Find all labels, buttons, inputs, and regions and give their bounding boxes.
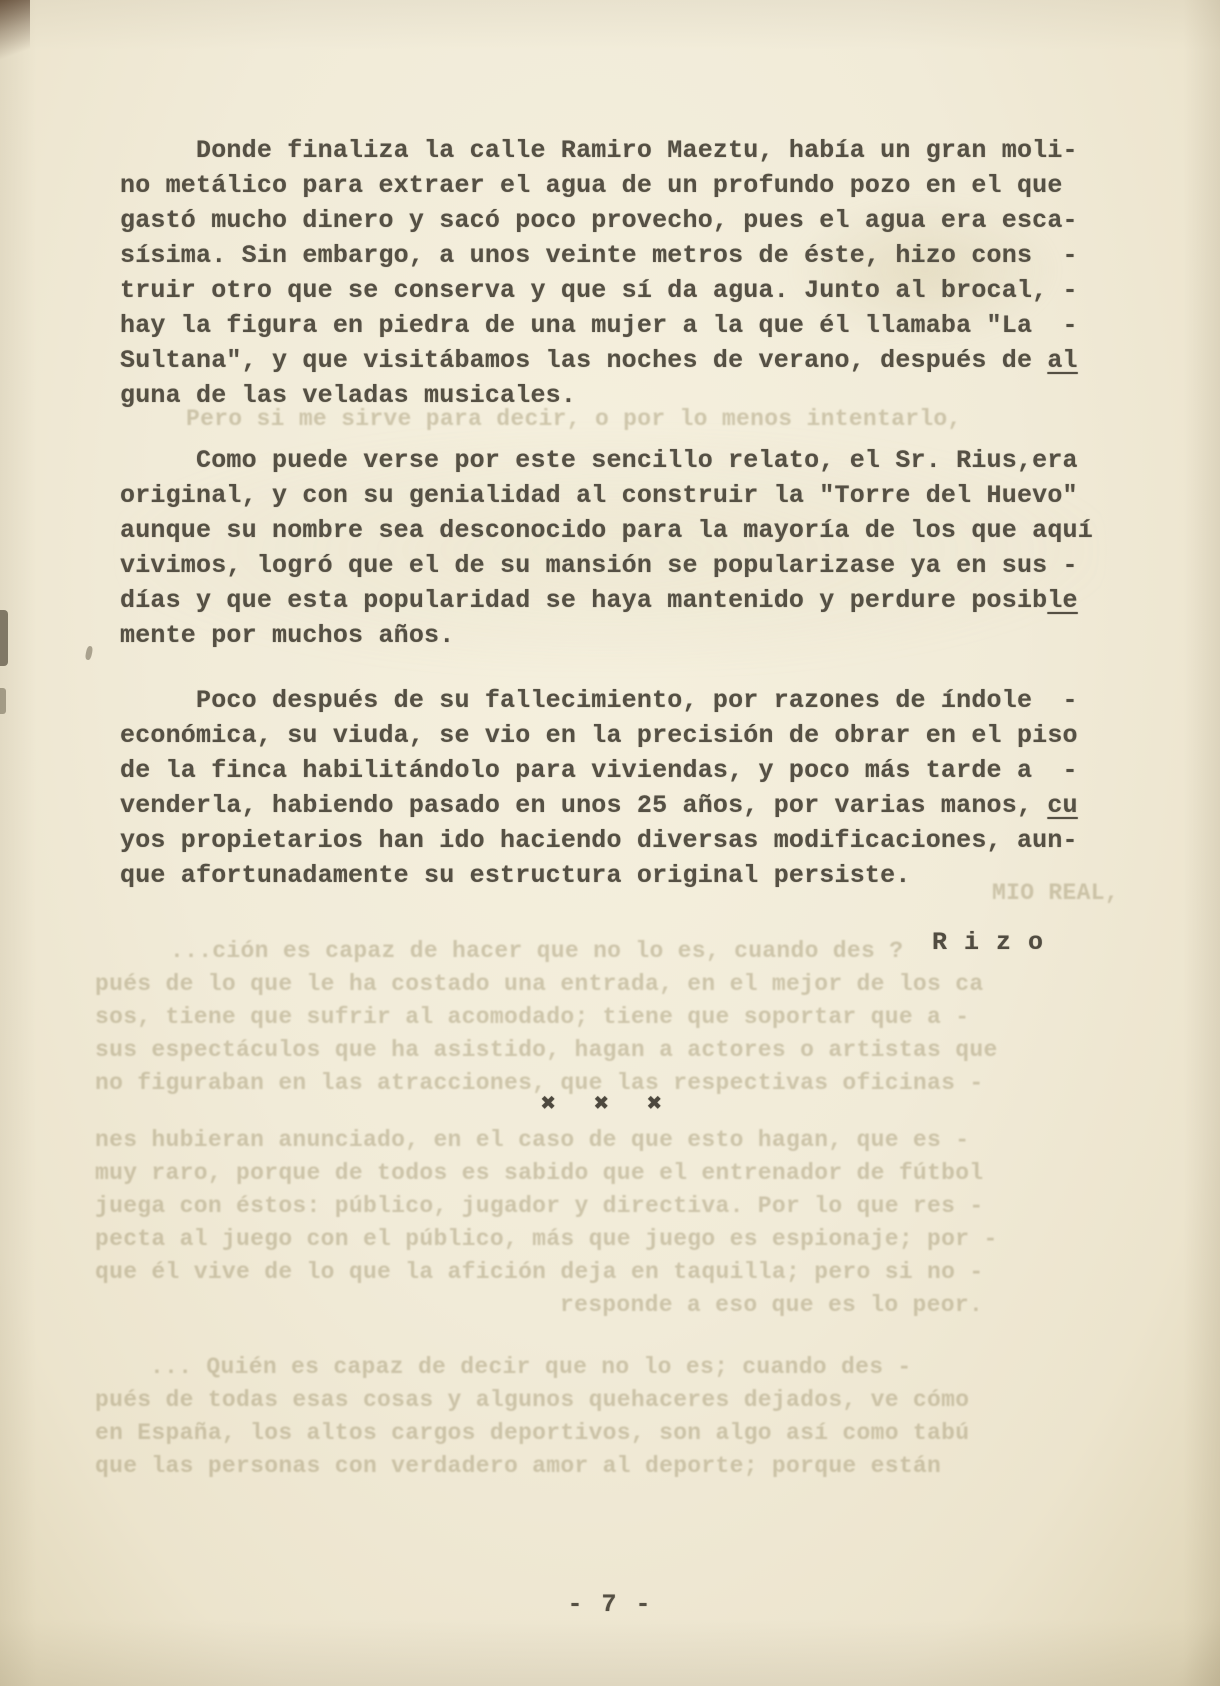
scan-edge-artifact xyxy=(0,688,6,714)
paragraph-2: Como puede verse por este sencillo relat… xyxy=(120,443,1093,653)
bleedthrough-text-line: pués de todas esas cosas y algunos queha… xyxy=(95,1385,969,1415)
line-text: económica, su viuda, se vio en la precis… xyxy=(120,721,1078,750)
underlined-syllable: le xyxy=(1047,586,1077,615)
line-text: venderla, habiendo pasado en unos 25 año… xyxy=(120,791,1047,820)
text-line: económica, su viuda, se vio en la precis… xyxy=(120,718,1078,753)
bleedthrough-text-line: no figuraban en las atracciones, que las… xyxy=(95,1068,983,1098)
text-line: Donde finaliza la calle Ramiro Maeztu, h… xyxy=(120,133,1078,168)
line-text: truir otro que se conserva y que sí da a… xyxy=(120,276,1078,305)
text-line: yos propietarios han ido haciendo divers… xyxy=(120,823,1078,858)
line-text: Donde finaliza la calle Ramiro Maeztu, h… xyxy=(120,136,1078,165)
line-text: de la finca habilitándolo para viviendas… xyxy=(120,756,1078,785)
text-line: Sultana", y que visitábamos las noches d… xyxy=(120,343,1078,378)
page-number: - 7 - xyxy=(0,1590,1220,1619)
line-text: días y que esta popularidad se haya mant… xyxy=(120,586,1047,615)
text-line: sísima. Sin embargo, a unos veinte metro… xyxy=(120,238,1078,273)
text-line: venderla, habiendo pasado en unos 25 año… xyxy=(120,788,1078,823)
x-mark-icon: ✖ xyxy=(594,1088,609,1119)
bleedthrough-text-line: que él vive de lo que la afición deja en… xyxy=(95,1257,983,1287)
scan-edge-artifact xyxy=(0,610,8,666)
bleedthrough-text-line: responde a eso que es lo peor. xyxy=(560,1290,983,1320)
line-text: no metálico para extraer el agua de un p… xyxy=(120,171,1063,200)
text-line: que afortunadamente su estructura origin… xyxy=(120,858,1078,893)
line-text: aunque su nombre sea desconocido para la… xyxy=(120,516,1093,545)
line-text: gastó mucho dinero y sacó poco provecho,… xyxy=(120,206,1078,235)
line-text: hay la figura en piedra de una mujer a l… xyxy=(120,311,1078,340)
bleedthrough-text-line: en España, los altos cargos deportivos, … xyxy=(95,1418,969,1448)
text-line: Poco después de su fallecimiento, por ra… xyxy=(120,683,1078,718)
text-line: no metálico para extraer el agua de un p… xyxy=(120,168,1078,203)
author-signature: R i z o xyxy=(932,928,1044,957)
underlined-syllable: cu xyxy=(1047,791,1077,820)
bleedthrough-text-line: pecta al juego con el público, más que j… xyxy=(95,1224,998,1254)
text-line: Como puede verse por este sencillo relat… xyxy=(120,443,1093,478)
line-text: Como puede verse por este sencillo relat… xyxy=(120,446,1078,475)
line-text: Poco después de su fallecimiento, por ra… xyxy=(120,686,1078,715)
bleedthrough-text-line: sos, tiene que sufrir al acomodado; tien… xyxy=(95,1002,969,1032)
paragraph-3: Poco después de su fallecimiento, por ra… xyxy=(120,683,1078,893)
text-line: guna de las veladas musicales. xyxy=(120,378,1078,413)
bleedthrough-text-line: juega con éstos: público, jugador y dire… xyxy=(95,1191,983,1221)
line-text: yos propietarios han ido haciendo divers… xyxy=(120,826,1078,855)
bleedthrough-text-line: ... Quién es capaz de decir que no lo es… xyxy=(150,1352,912,1382)
line-text: vivimos, logró que el de su mansión se p… xyxy=(120,551,1078,580)
text-line: original, y con su genialidad al constru… xyxy=(120,478,1093,513)
ink-speck xyxy=(85,646,94,661)
bleedthrough-text-line: nes hubieran anunciado, en el caso de qu… xyxy=(95,1125,969,1155)
scanned-typewritten-page: Pero si me sirve para decir, o por lo me… xyxy=(0,0,1220,1686)
line-text: original, y con su genialidad al constru… xyxy=(120,481,1078,510)
scan-corner-artifact xyxy=(0,0,30,86)
bleedthrough-text-line: pués de lo que le ha costado una entrada… xyxy=(95,969,983,999)
line-text: mente por muchos años. xyxy=(120,621,454,650)
bleedthrough-text-line: que las personas con verdadero amor al d… xyxy=(95,1451,941,1481)
underlined-syllable: al xyxy=(1047,346,1077,375)
line-text: que afortunadamente su estructura origin… xyxy=(120,861,911,890)
line-text: Sultana", y que visitábamos las noches d… xyxy=(120,346,1047,375)
text-line: hay la figura en piedra de una mujer a l… xyxy=(120,308,1078,343)
text-line: de la finca habilitándolo para viviendas… xyxy=(120,753,1078,788)
text-line: gastó mucho dinero y sacó poco provecho,… xyxy=(120,203,1078,238)
line-text: guna de las veladas musicales. xyxy=(120,381,576,410)
x-mark-icon: ✖ xyxy=(541,1088,556,1119)
text-line: mente por muchos años. xyxy=(120,618,1093,653)
text-line: aunque su nombre sea desconocido para la… xyxy=(120,513,1093,548)
line-text: sísima. Sin embargo, a unos veinte metro… xyxy=(120,241,1078,270)
x-mark-icon: ✖ xyxy=(647,1088,662,1119)
bleedthrough-text-line: sus espectáculos que ha asistido, hagan … xyxy=(95,1035,998,1065)
paragraph-1: Donde finaliza la calle Ramiro Maeztu, h… xyxy=(120,133,1078,413)
section-separator: ✖✖✖ xyxy=(541,1088,662,1119)
text-line: truir otro que se conserva y que sí da a… xyxy=(120,273,1078,308)
bleedthrough-text-line: ...ción es capaz de hacer que no lo es, … xyxy=(170,936,903,966)
text-line: vivimos, logró que el de su mansión se p… xyxy=(120,548,1093,583)
bleedthrough-text-line: muy raro, porque de todos es sabido que … xyxy=(95,1158,983,1188)
text-line: días y que esta popularidad se haya mant… xyxy=(120,583,1093,618)
